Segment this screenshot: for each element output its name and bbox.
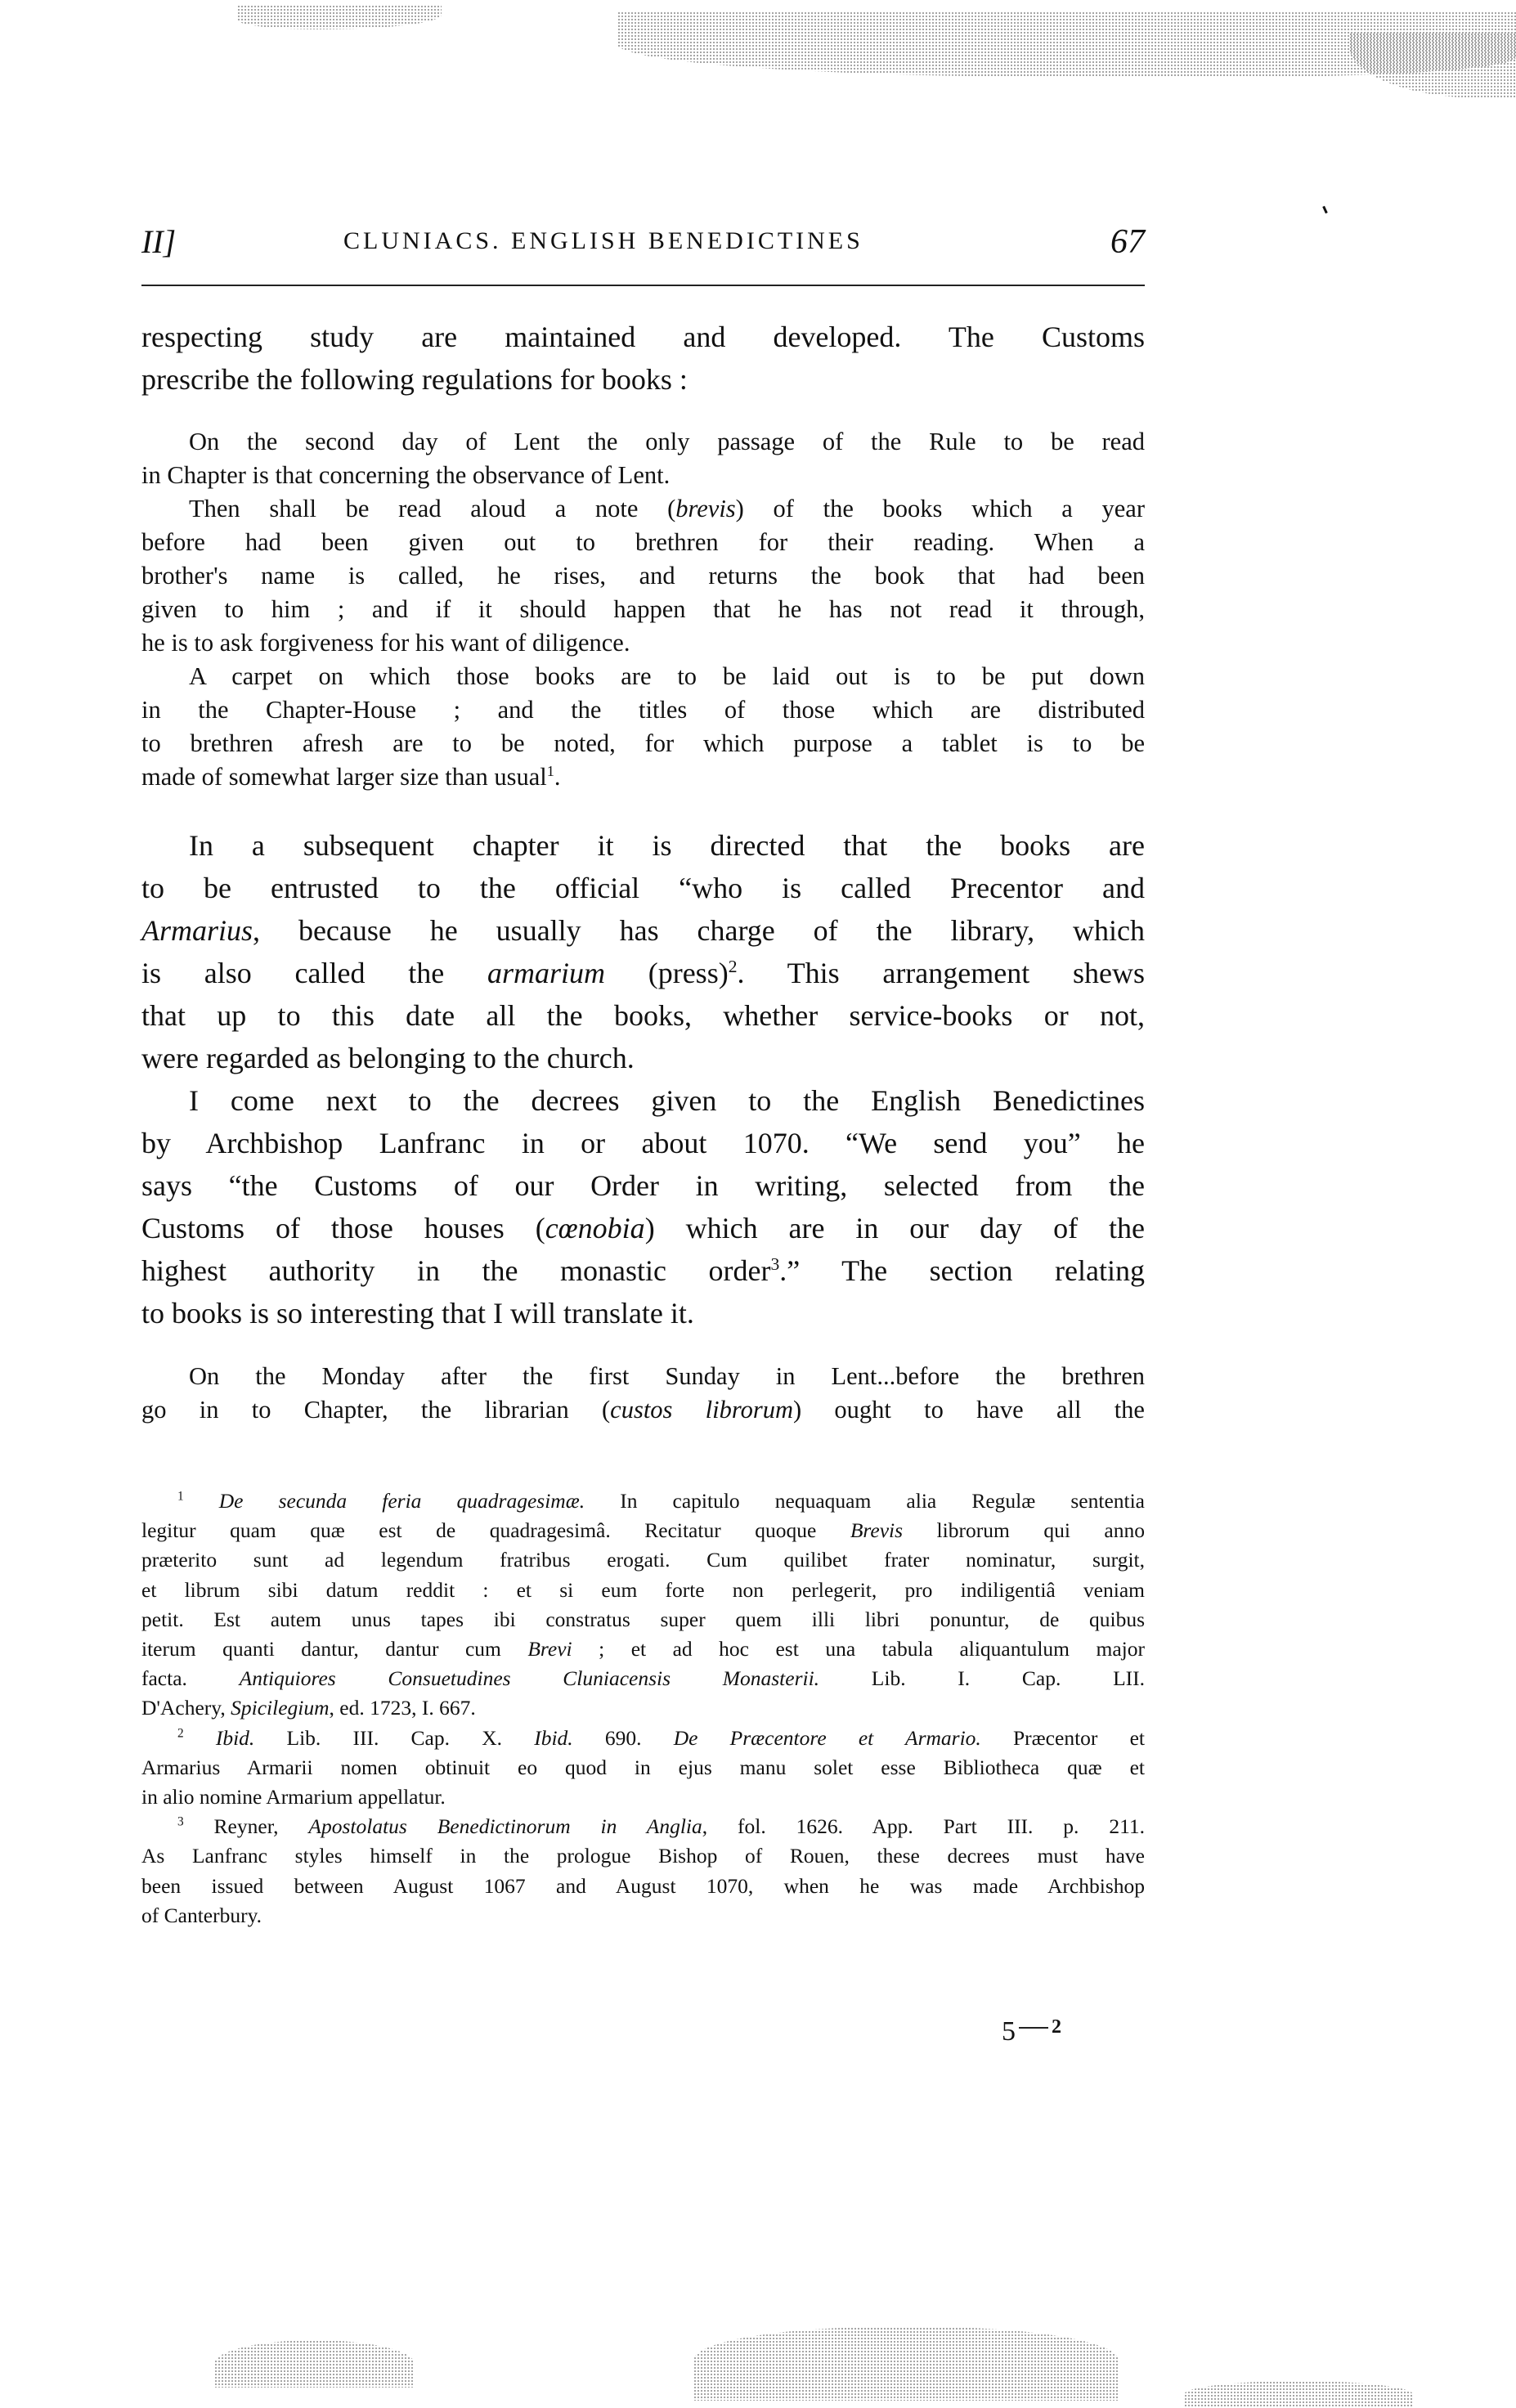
text-line: prescribe the following regulations for … xyxy=(141,358,1145,401)
scan-artifact-bottom-center xyxy=(693,2327,1119,2401)
text-line: to brethren afresh are to be noted, for … xyxy=(141,727,1145,760)
text-line: says “the Customs of our Order in writin… xyxy=(141,1164,1145,1207)
signature-dash xyxy=(1019,2027,1048,2029)
scan-artifact-top-right-edge xyxy=(1349,33,1516,98)
text-line: go in to Chapter, the librarian (custos … xyxy=(141,1393,1145,1427)
text-line: Armarius, because he usually has charge … xyxy=(141,909,1145,952)
scan-artifact-bottom-right xyxy=(1184,2381,1413,2408)
text-line: given to him ; and if it should happen t… xyxy=(141,593,1145,626)
text-line: were regarded as belonging to the church… xyxy=(141,1037,1145,1079)
text-line: In a subsequent chapter it is directed t… xyxy=(141,824,1145,867)
text-line: On the Monday after the first Sunday in … xyxy=(141,1360,1145,1393)
footnote-ref-1[interactable]: 1 xyxy=(547,763,554,779)
running-title: CLUNIACS. ENGLISH BENEDICTINES xyxy=(343,227,863,255)
intro-paragraph: respecting study are maintained and deve… xyxy=(141,316,1145,401)
footnote-2: 2 Ibid. Lib. III. Cap. X. Ibid. 690. De … xyxy=(141,1724,1145,1753)
text-line: made of somewhat larger size than usual1… xyxy=(141,760,1145,794)
footnotes: 1 De secunda feria quadragesimæ. In capi… xyxy=(141,1487,1145,1930)
page-number: 67 xyxy=(1110,222,1145,262)
text-line: Customs of those houses (cœnobia) which … xyxy=(141,1207,1145,1249)
signature-mark: 52 xyxy=(1002,2016,1061,2047)
footnote-ref-3[interactable]: 3 xyxy=(770,1254,779,1274)
footnote-3: 3 Reyner, Apostolatus Benedictinorum in … xyxy=(141,1812,1145,1841)
text-line: of Canterbury. xyxy=(141,1901,1145,1930)
text-line: legitur quam quæ est de quadragesimâ. Re… xyxy=(141,1516,1145,1545)
text-line: in the Chapter-House ; and the titles of… xyxy=(141,693,1145,727)
text-line: On the second day of Lent the only passa… xyxy=(141,425,1145,459)
text-line: præterito sunt ad legendum fratribus ero… xyxy=(141,1545,1145,1575)
text-line: I come next to the decrees given to the … xyxy=(141,1079,1145,1122)
text-line: respecting study are maintained and deve… xyxy=(141,316,1145,358)
text-line: Then shall be read aloud a note (brevis)… xyxy=(141,492,1145,526)
running-header: II] CLUNIACS. ENGLISH BENEDICTINES 67 xyxy=(141,222,1145,263)
scan-artifact-bottom-left xyxy=(214,2340,415,2388)
text-line: iterum quanti dantur, dantur cum Brevi ;… xyxy=(141,1634,1145,1664)
text-line: A carpet on which those books are to be … xyxy=(141,660,1145,693)
text-line: in Chapter is that concerning the observ… xyxy=(141,459,1145,492)
text-line: by Archbishop Lanfranc in or about 1070.… xyxy=(141,1122,1145,1164)
paragraph-lanfranc: I come next to the decrees given to the … xyxy=(141,1079,1145,1334)
footnote-ref-2[interactable]: 2 xyxy=(729,957,738,976)
text-line: in alio nomine Armarium appellatur. xyxy=(141,1782,1145,1812)
header-rule xyxy=(141,285,1145,286)
text-line: been issued between August 1067 and Augu… xyxy=(141,1872,1145,1901)
scan-mark xyxy=(1322,206,1328,213)
footnote-1: 1 De secunda feria quadragesimæ. In capi… xyxy=(141,1487,1145,1516)
text-line: to be entrusted to the official “who is … xyxy=(141,867,1145,909)
text-line: that up to this date all the books, whet… xyxy=(141,994,1145,1037)
text-line: As Lanfranc styles himself in the prolog… xyxy=(141,1841,1145,1871)
scan-artifact-top-left xyxy=(237,5,442,29)
text-line: et librum sibi datum reddit : et si eum … xyxy=(141,1576,1145,1605)
text-line: Armarius Armarii nomen obtinuit eo quod … xyxy=(141,1753,1145,1782)
text-line: to books is so interesting that I will t… xyxy=(141,1292,1145,1334)
text-line: facta. Antiquiores Consuetudines Cluniac… xyxy=(141,1664,1145,1693)
text-line: brother's name is called, he rises, and … xyxy=(141,559,1145,593)
text-line: petit. Est autem unus tapes ibi constrat… xyxy=(141,1605,1145,1634)
text-line: before had been given out to brethren fo… xyxy=(141,526,1145,559)
block-quote-customs: On the second day of Lent the only passa… xyxy=(141,425,1145,794)
text-line: he is to ask forgiveness for his want of… xyxy=(141,626,1145,660)
text-line: highest authority in the monastic order3… xyxy=(141,1249,1145,1292)
chapter-number: II] xyxy=(141,222,176,261)
text-line: D'Achery, Spicilegium, ed. 1723, I. 667. xyxy=(141,1693,1145,1723)
block-quote-monday: On the Monday after the first Sunday in … xyxy=(141,1360,1145,1427)
text-line: is also called the armarium (press)2. Th… xyxy=(141,952,1145,994)
paragraph-precentor: In a subsequent chapter it is directed t… xyxy=(141,824,1145,1079)
